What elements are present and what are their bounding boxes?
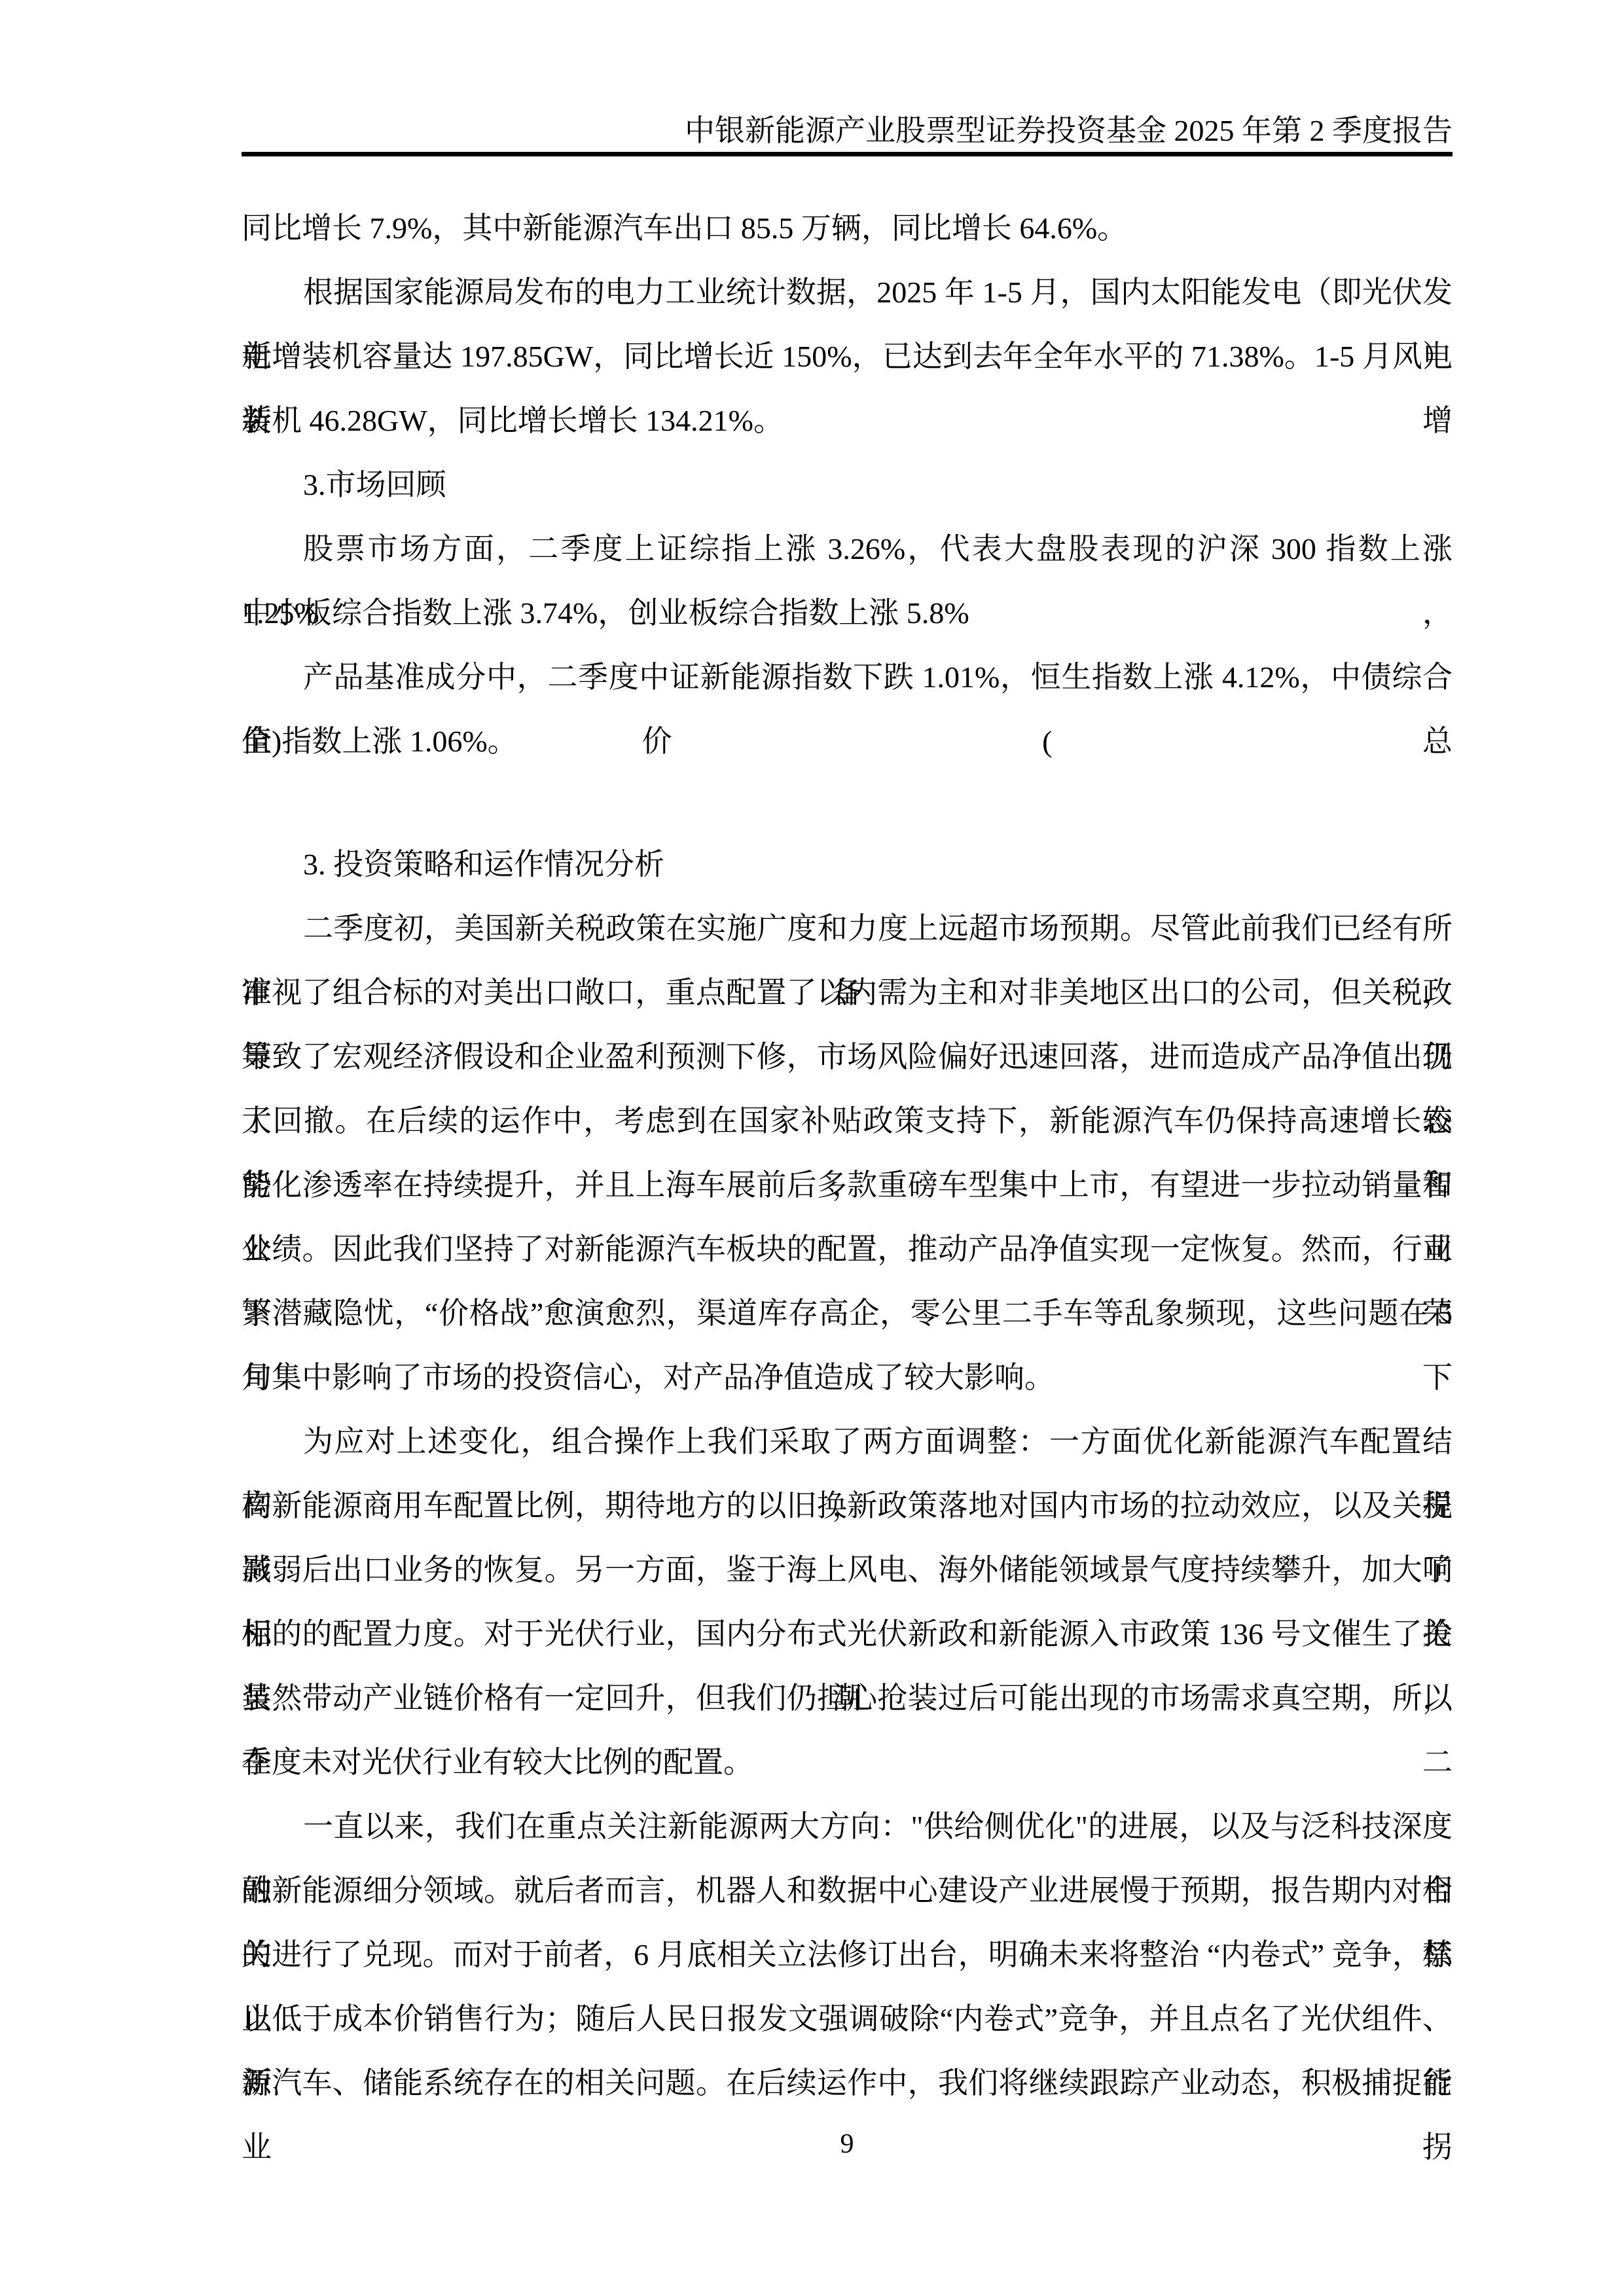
body-line: 的进行了兑现。而对于前者，6 月底相关立法修订出台，明确未来将整治 “内卷式” …	[242, 1923, 1453, 1987]
body-line: 下潜藏隐忧，“价格战”愈演愈烈，渠道库存高企，零公里二手车等乱象频现，这些问题在…	[242, 1282, 1453, 1346]
section-heading-investment-strategy: 3. 投资策略和运作情况分析	[242, 833, 1453, 897]
body-line: 源汽车、储能系统存在的相关问题。在后续运作中，我们将继续跟踪产业动态，积极捕捉行…	[242, 2051, 1453, 2115]
header-title: 中银新能源产业股票型证券投资基金 2025 年第 2 季度报告	[685, 114, 1453, 148]
header-rule	[242, 152, 1453, 156]
body-line: 以低于成本价销售行为；随后人民日报发文强调破除“内卷式”竞争，并且点名了光伏组件…	[242, 1987, 1453, 2051]
body-line: 虽然带动产业链价格有一定回升，但我们仍担心抢装过后可能出现的市场需求真空期，所以…	[242, 1666, 1453, 1731]
body-line: 为应对上述变化，组合操作上我们采取了两方面调整：一方面优化新能源汽车配置结构，提	[242, 1410, 1453, 1474]
body-line: 二季度初，美国新关税政策在实施广度和力度上远超市场预期。尽管此前我们已经有所准备…	[242, 897, 1453, 961]
page-number: 9	[242, 2128, 1453, 2160]
body-line: 减弱后出口业务的恢复。另一方面，鉴于海上风电、海外储能领域景气度持续攀升，加大了…	[242, 1538, 1453, 1602]
body-line: 股票市场方面，二季度上证综指上涨 3.26%，代表大盘股表现的沪深 300 指数…	[242, 517, 1453, 581]
body-line: 大回撤。在后续的运作中，考虑到在国家补贴政策支持下，新能源汽车仍保持高速增长态势…	[242, 1089, 1453, 1153]
report-body: 同比增长 7.9%，其中新能源汽车出口 85.5 万辆，同比增长 64.6%。 …	[242, 196, 1453, 2115]
body-line: 导致了宏观经济假设和企业盈利预测下修，市场风险偏好迅速回落，进而造成产品净值出现…	[242, 1025, 1453, 1089]
body-line: 高新能源商用车配置比例，期待地方的以旧换新政策落地对国内市场的拉动效应，以及关税…	[242, 1474, 1453, 1538]
body-line: 同比增长 7.9%，其中新能源汽车出口 85.5 万辆，同比增长 64.6%。	[242, 196, 1453, 260]
section-heading-market-review: 3.市场回顾	[242, 453, 1453, 517]
body-line: 的新能源细分领域。就后者而言，机器人和数据中心建设产业进展慢于预期，报告期内对相…	[242, 1859, 1453, 1923]
body-line: 新增装机容量达 197.85GW，同比增长近 150%，已达到去年全年水平的 7…	[242, 325, 1453, 389]
body-line: 业绩。因此我们坚持了对新能源汽车板块的配置，推动产品净值实现一定恢复。然而，行业…	[242, 1217, 1453, 1282]
report-page: 中银新能源产业股票型证券投资基金 2025 年第 2 季度报告 同比增长 7.9…	[0, 0, 1624, 2296]
body-line: 根据国家能源局发布的电力工业统计数据，2025 年 1-5 月，国内太阳能发电（…	[242, 260, 1453, 325]
body-line: 一直以来，我们在重点关注新能源两大方向："供给侧优化"的进展，以及与泛科技深度融…	[242, 1795, 1453, 1859]
body-line: 标的的配置力度。对于光伏行业，国内分布式光伏新政和新能源入市政策 136 号文催…	[242, 1602, 1453, 1666]
body-line: 能化渗透率在持续提升，并且上海车展前后多款重磅车型集中上市，有望进一步拉动销量和…	[242, 1153, 1453, 1217]
body-line: 产品基准成分中，二季度中证新能源指数下跌 1.01%，恒生指数上涨 4.12%，…	[242, 645, 1453, 709]
body-line: 审视了组合标的对美出口敞口，重点配置了以内需为主和对非美地区出口的公司，但关税政…	[242, 961, 1453, 1025]
